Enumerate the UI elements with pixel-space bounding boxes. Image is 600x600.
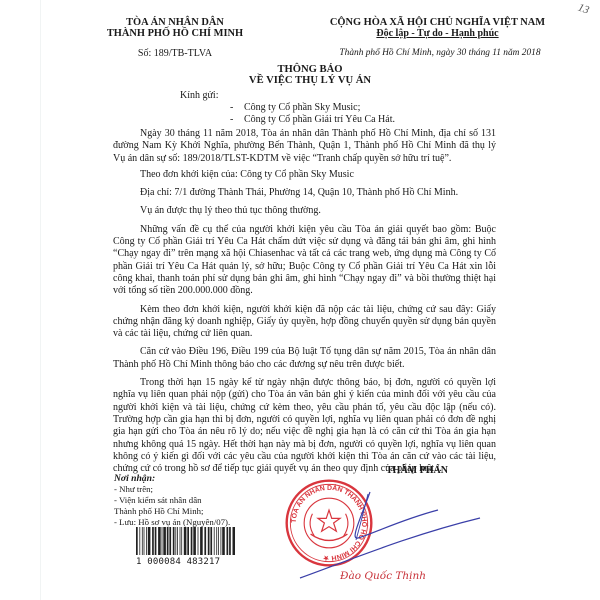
- recipient-name: Công ty Cổ phần Sky Music;: [244, 102, 360, 113]
- paragraph-procedure: Vụ án được thụ lý theo thủ tục thông thư…: [113, 205, 496, 217]
- recipients-line: Thành phố Hồ Chí Minh;: [114, 506, 230, 517]
- document-number: Số: 189/TB-TLVA: [80, 48, 270, 59]
- recipients-line: - Như trên;: [114, 484, 230, 495]
- paragraph-claims: Những vấn đề cụ thể của người khởi kiện …: [113, 224, 496, 298]
- signer-name: Đào Quốc Thịnh: [340, 570, 426, 582]
- recipients-line: - Viện kiểm sát nhân dân: [114, 495, 230, 506]
- paragraph-legal-basis: Căn cứ vào Điều 196, Điều 199 của Bộ luậ…: [113, 346, 496, 371]
- notice-body: Ngày 30 tháng 11 năm 2018, Tòa án nhân d…: [113, 128, 496, 479]
- place-and-date: Thành phố Hồ Chí Minh, ngày 30 tháng 11 …: [290, 48, 590, 58]
- addressee-label: Kính gửi:: [180, 90, 218, 101]
- signer-role: THẨM PHÁN: [386, 465, 448, 476]
- national-motto: Độc lập - Tự do - Hạnh phúc: [290, 28, 585, 39]
- court-notice-page: 13 TÒA ÁN NHÂN DÂN THÀNH PHỐ HỒ CHÍ MINH…: [0, 0, 600, 600]
- title-line2: VỀ VIỆC THỤ LÝ VỤ ÁN: [110, 75, 510, 86]
- recipients-title: Nơi nhận:: [114, 473, 230, 484]
- recipients-block: Nơi nhận: - Như trên; - Viện kiểm sát nh…: [114, 473, 230, 528]
- paragraph-plaintiff: Theo đơn khởi kiện của: Công ty Cổ phần …: [113, 169, 496, 181]
- court-name-line2: THÀNH PHỐ HỒ CHÍ MINH: [80, 28, 270, 39]
- paragraph-evidence: Kèm theo đơn khởi kiện, người khởi kiện …: [113, 304, 496, 341]
- court-name-line1: TÒA ÁN NHÂN DÂN: [80, 17, 270, 28]
- barcode-icon: [135, 527, 235, 555]
- recipient-name: Công ty Cổ phần Giải trí Yêu Ca Hát.: [244, 114, 395, 125]
- paragraph-deadline: Trong thời hạn 15 ngày kể từ ngày nhận đ…: [113, 377, 496, 475]
- title-line1: THÔNG BÁO: [110, 64, 510, 75]
- paragraph-acceptance: Ngày 30 tháng 11 năm 2018, Tòa án nhân d…: [113, 128, 496, 165]
- republic-name: CỘNG HÒA XÃ HỘI CHỦ NGHĨA VIỆT NAM: [290, 17, 585, 28]
- recipient-item: -Công ty Cổ phần Sky Music;: [230, 102, 360, 113]
- barcode-number: 1 000084 483217: [136, 557, 220, 567]
- scan-edge: [40, 0, 41, 600]
- judge-signature-icon: [290, 480, 490, 580]
- paragraph-address: Địa chỉ: 7/1 đường Thành Thái, Phường 14…: [113, 187, 496, 199]
- court-header: TÒA ÁN NHÂN DÂN THÀNH PHỐ HỒ CHÍ MINH: [80, 17, 270, 39]
- document-title: THÔNG BÁO VỀ VIỆC THỤ LÝ VỤ ÁN: [110, 64, 510, 86]
- recipient-item: -Công ty Cổ phần Giải trí Yêu Ca Hát.: [230, 114, 395, 125]
- national-header: CỘNG HÒA XÃ HỘI CHỦ NGHĨA VIỆT NAM Độc l…: [290, 17, 585, 39]
- margin-handwritten-note: 13: [576, 1, 590, 16]
